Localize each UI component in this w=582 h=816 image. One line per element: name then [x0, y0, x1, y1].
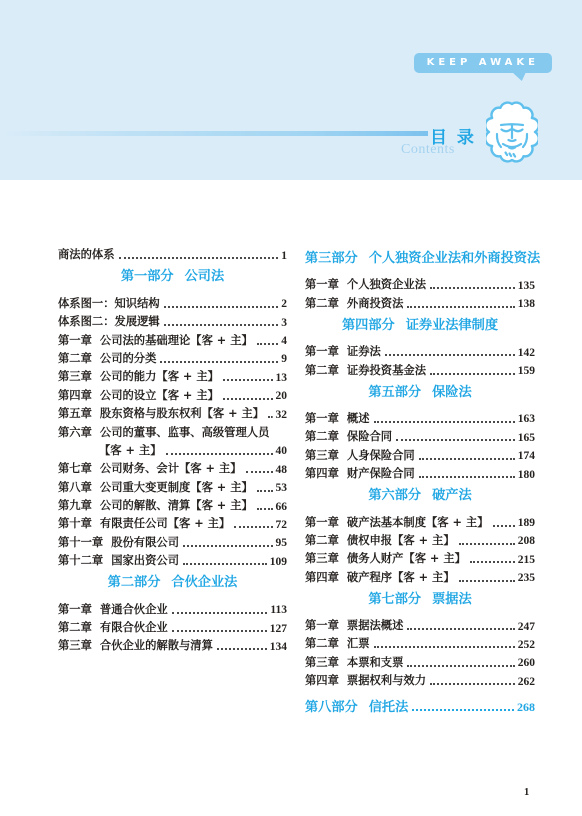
entry-page: 215 — [518, 554, 535, 566]
chapter-label: 第三章 — [58, 637, 92, 653]
entry-page: 2 — [281, 298, 287, 310]
entry-title: 公司重大变更制度【客 + 主】 — [100, 479, 253, 495]
section-title-label: 票据法 — [432, 592, 472, 607]
entry-page: 262 — [518, 676, 535, 688]
dot-leader — [257, 508, 273, 510]
section-heading: 第一部分公司法 — [58, 267, 287, 287]
chapter-label: 第三章 — [305, 654, 339, 670]
section-heading: 第六部分破产法 — [305, 486, 535, 506]
entry-title: 公司的董事、监事、高级管理人员 — [100, 424, 269, 440]
toc-entry: 第一章个人独资企业法135 — [305, 274, 535, 292]
dot-leader — [234, 526, 272, 528]
entry-page: 48 — [276, 464, 288, 476]
header-band: KEEP AWAKE 目 录 Contents — [0, 0, 582, 180]
entry-title: 公司的分类 — [100, 350, 157, 366]
dot-leader — [374, 421, 515, 423]
entry-page: 189 — [518, 517, 535, 529]
chapter-label: 第一章 — [58, 332, 92, 348]
dot-leader — [430, 287, 515, 289]
section-title-label: 公司法 — [185, 269, 225, 284]
entry-title: 保险合同 — [347, 428, 392, 444]
toc-entry: 第九章公司的解散、清算【客 + 主】66 — [58, 495, 287, 513]
toc-entry: 第二章公司的分类9 — [58, 348, 287, 366]
chapter-label: 第二章 — [305, 635, 339, 651]
chapter-label: 第二章 — [58, 619, 92, 635]
chapter-label: 第五章 — [58, 405, 92, 421]
chapter-label: 第二章 — [58, 350, 92, 366]
page-subtitle: Contents — [401, 142, 455, 158]
chapter-label: 第二章 — [305, 428, 339, 444]
dot-leader — [396, 439, 515, 441]
toc-entry: 第二章债权申报【客 + 主】208 — [305, 530, 535, 548]
toc-column-right: 第三部分个人独资企业法和外商投资法第一章个人独资企业法135第二章外商投资法13… — [305, 244, 535, 715]
dot-leader — [217, 648, 267, 650]
entry-page: 159 — [518, 365, 535, 377]
section-title-label: 个人独资企业法和外商投资法 — [369, 251, 540, 266]
dot-leader — [407, 306, 514, 308]
entry-title: 证券投资基金法 — [347, 362, 426, 378]
entry-title: 债务人财产【客 + 主】 — [347, 550, 466, 566]
entry-page: 109 — [270, 556, 287, 568]
dot-leader — [223, 379, 273, 381]
chapter-label: 第二章 — [305, 362, 339, 378]
entry-page: 180 — [518, 469, 535, 481]
entry-title: 公司的设立【客 + 主】 — [100, 387, 219, 403]
dot-leader — [160, 361, 278, 363]
section-part-label: 第四部分 — [342, 318, 395, 333]
toc-entry: 第三章债务人财产【客 + 主】215 — [305, 548, 535, 566]
dot-leader — [246, 471, 273, 473]
entry-page: 66 — [276, 501, 288, 513]
entry-title: 破产程序【客 + 主】 — [347, 569, 455, 585]
entry-title: 合伙企业的解散与清算 — [100, 637, 213, 653]
section-part-label: 第七部分 — [368, 592, 421, 607]
entry-page: 40 — [276, 445, 288, 457]
toc-entry: 体系图二：发展逻辑3 — [58, 311, 287, 329]
entry-page: 138 — [518, 298, 535, 310]
chapter-label: 第十一章 — [58, 534, 103, 550]
chapter-label: 第一章 — [58, 601, 92, 617]
entry-title: 股东资格与股东权利【客 + 主】 — [100, 405, 264, 421]
toc-entry: 第八章公司重大变更制度【客 + 主】53 — [58, 476, 287, 494]
entry-title: 财产保险合同 — [347, 465, 415, 481]
entry-page: 260 — [518, 657, 535, 669]
chapter-label: 第一章 — [305, 514, 339, 530]
entry-title: 票据法概述 — [347, 617, 404, 633]
entry-page: 134 — [270, 641, 287, 653]
dot-leader — [419, 458, 515, 460]
dot-leader — [183, 545, 273, 547]
page-number: 1 — [524, 787, 529, 798]
toc-entry: 第五章股东资格与股东权利【客 + 主】32 — [58, 403, 287, 421]
section-part-label: 第五部分 — [368, 385, 421, 400]
entry-page: 9 — [281, 353, 287, 365]
dot-leader — [459, 580, 515, 582]
entry-title: 外商投资法 — [347, 295, 404, 311]
dot-leader — [166, 453, 273, 455]
entry-title: 体系图二：发展逻辑 — [58, 313, 160, 329]
section-part-label: 第八部分 — [305, 696, 358, 715]
toc-entry: 第一章票据法概述247 — [305, 615, 535, 633]
toc-entry: 第一章公司法的基础理论【客 + 主】4 — [58, 329, 287, 347]
bearded-face-icon — [486, 100, 538, 164]
entry-page: 252 — [518, 639, 535, 651]
entry-page: 163 — [518, 413, 535, 425]
entry-page: 4 — [281, 335, 287, 347]
entry-page: 95 — [276, 537, 288, 549]
dot-leader — [183, 563, 267, 565]
dot-leader — [172, 630, 267, 632]
toc-entry: 第十二章国家出资公司109 — [58, 550, 287, 568]
section-part-label: 第六部分 — [368, 488, 421, 503]
chapter-label: 第一章 — [305, 343, 339, 359]
entry-title: 公司的解散、清算【客 + 主】 — [100, 497, 253, 513]
title-rule — [0, 131, 428, 136]
chapter-label: 第三章 — [305, 550, 339, 566]
section-part-label: 第一部分 — [121, 269, 174, 284]
entry-title: 有限责任公司【客 + 主】 — [100, 515, 230, 531]
toc-entry: 第二章证券投资基金法159 — [305, 359, 535, 377]
entry-title: 股份有限公司 — [111, 534, 179, 550]
entry-title: 票据权利与效力 — [347, 672, 426, 688]
toc-entry: 第一章概述163 — [305, 408, 535, 426]
chapter-label: 第六章 — [58, 424, 92, 440]
dot-leader — [385, 354, 515, 356]
entry-title: 【客 + 主】 — [99, 442, 162, 458]
toc-entry: 第三章公司的能力【客 + 主】13 — [58, 366, 287, 384]
dot-leader — [430, 373, 515, 375]
entry-title: 国家出资公司 — [111, 552, 179, 568]
entry-page: 53 — [276, 482, 288, 494]
entry-title: 有限合伙企业 — [100, 619, 168, 635]
toc-entry: 第一章证券法142 — [305, 341, 535, 359]
section-heading: 第四部分证券业法律制度 — [305, 316, 535, 336]
entry-page: 13 — [276, 372, 288, 384]
dot-leader — [257, 343, 278, 345]
toc-entry: 第二章汇票252 — [305, 633, 535, 651]
toc-entry: 第二章保险合同165 — [305, 426, 535, 444]
entry-page: 208 — [518, 535, 535, 547]
section-heading: 第五部分保险法 — [305, 383, 535, 403]
toc-entry: 第四章破产程序【客 + 主】235 — [305, 566, 535, 584]
toc-entry: 第三章人身保险合同174 — [305, 444, 535, 462]
chapter-label: 第十二章 — [58, 552, 103, 568]
keep-awake-badge: KEEP AWAKE — [414, 53, 552, 73]
toc-entry: 第一章破产法基本制度【客 + 主】189 — [305, 511, 535, 529]
chapter-label: 第八章 — [58, 479, 92, 495]
entry-page: 247 — [518, 621, 535, 633]
chapter-label: 第九章 — [58, 497, 92, 513]
chapter-label: 第四章 — [305, 569, 339, 585]
chapter-label: 第四章 — [305, 465, 339, 481]
section-title-label: 合伙企业法 — [171, 575, 237, 590]
toc-entry: 第二章有限合伙企业127 — [58, 617, 287, 635]
entry-title: 普通合伙企业 — [100, 601, 168, 617]
entry-title: 商法的体系 — [58, 246, 115, 262]
entry-page: 1 — [281, 250, 287, 262]
section-title-label: 保险法 — [432, 385, 472, 400]
dot-leader — [172, 612, 268, 614]
toc-entry: 第一章普通合伙企业113 — [58, 598, 287, 616]
dot-leader — [374, 646, 515, 648]
toc-entry: 体系图一：知识结构2 — [58, 292, 287, 310]
toc-entry: 第四章财产保险合同180 — [305, 463, 535, 481]
section-heading: 第三部分个人独资企业法和外商投资法 — [305, 249, 535, 269]
dot-leader — [459, 543, 515, 545]
toc-entry: 第四章公司的设立【客 + 主】20 — [58, 384, 287, 402]
section-heading-entry: 第八部分信托法268 — [305, 695, 535, 715]
entry-page: 113 — [270, 604, 287, 616]
toc-entry: 第十章有限责任公司【客 + 主】72 — [58, 513, 287, 531]
section-heading: 第七部分票据法 — [305, 590, 535, 610]
entry-page: 3 — [281, 317, 287, 329]
toc-column-left: 商法的体系1第一部分公司法体系图一：知识结构2体系图二：发展逻辑3第一章公司法的… — [58, 244, 287, 653]
dot-leader — [164, 324, 279, 326]
entry-title: 汇票 — [347, 635, 370, 651]
dot-leader — [407, 665, 514, 667]
entry-page: 72 — [276, 519, 288, 531]
keep-awake-label: KEEP AWAKE — [427, 57, 539, 68]
chapter-label: 第四章 — [305, 672, 339, 688]
entry-page: 142 — [518, 347, 535, 359]
chapter-label: 第一章 — [305, 617, 339, 633]
dot-leader — [412, 709, 514, 711]
dot-leader — [493, 525, 515, 527]
entry-title: 公司法的基础理论【客 + 主】 — [100, 332, 253, 348]
dot-leader — [407, 628, 514, 630]
dot-leader — [470, 561, 515, 563]
entry-title: 概述 — [347, 410, 370, 426]
entry-title: 破产法基本制度【客 + 主】 — [347, 514, 489, 530]
chapter-label: 第四章 — [58, 387, 92, 403]
section-heading: 第二部分合伙企业法 — [58, 573, 287, 593]
toc-entry: 第十一章股份有限公司95 — [58, 531, 287, 549]
toc-entry: 商法的体系1 — [58, 244, 287, 262]
chapter-label: 第一章 — [305, 410, 339, 426]
entry-page: 32 — [276, 409, 288, 421]
dot-leader — [419, 476, 515, 478]
entry-title: 证券法 — [347, 343, 381, 359]
chapter-label: 第一章 — [305, 276, 339, 292]
chapter-label: 第七章 — [58, 460, 92, 476]
dot-leader — [257, 490, 273, 492]
speech-bubble-tail-icon — [512, 72, 526, 81]
entry-page: 20 — [276, 390, 288, 402]
toc-entry: 第六章公司的董事、监事、高级管理人员 — [58, 421, 287, 439]
entry-title: 公司财务、会计【客 + 主】 — [100, 460, 242, 476]
toc-entry: 第三章本票和支票260 — [305, 651, 535, 669]
dot-leader — [268, 416, 272, 418]
entry-title: 个人独资企业法 — [347, 276, 426, 292]
entry-title: 公司的能力【客 + 主】 — [100, 368, 219, 384]
entry-title: 债权申报【客 + 主】 — [347, 532, 455, 548]
toc-entry: 第三章合伙企业的解散与清算134 — [58, 635, 287, 653]
chapter-label: 第二章 — [305, 532, 339, 548]
chapter-label: 第十章 — [58, 515, 92, 531]
toc-entry: 第四章票据权利与效力262 — [305, 670, 535, 688]
section-title-label: 破产法 — [432, 488, 472, 503]
chapter-label: 第二章 — [305, 295, 339, 311]
dot-leader — [223, 398, 273, 400]
entry-page: 127 — [270, 623, 287, 635]
entry-page: 165 — [518, 432, 535, 444]
section-title-label: 证券业法律制度 — [406, 318, 498, 333]
toc-entry: 第七章公司财务、会计【客 + 主】48 — [58, 458, 287, 476]
dot-leader — [430, 683, 515, 685]
entry-title: 人身保险合同 — [347, 447, 415, 463]
section-part-label: 第二部分 — [108, 575, 161, 590]
toc-entry: 【客 + 主】40 — [99, 440, 287, 458]
dot-leader — [164, 306, 279, 308]
chapter-label: 第三章 — [58, 368, 92, 384]
dot-leader — [119, 257, 279, 259]
entry-page: 268 — [517, 700, 535, 715]
entry-title: 本票和支票 — [347, 654, 404, 670]
toc-entry: 第二章外商投资法138 — [305, 292, 535, 310]
section-title-label: 信托法 — [369, 696, 409, 715]
toc-page: KEEP AWAKE 目 录 Contents — [0, 0, 582, 816]
entry-page: 135 — [518, 280, 535, 292]
entry-page: 235 — [518, 572, 535, 584]
chapter-label: 第三章 — [305, 447, 339, 463]
section-part-label: 第三部分 — [305, 251, 358, 266]
entry-page: 174 — [518, 450, 535, 462]
entry-title: 体系图一：知识结构 — [58, 295, 160, 311]
